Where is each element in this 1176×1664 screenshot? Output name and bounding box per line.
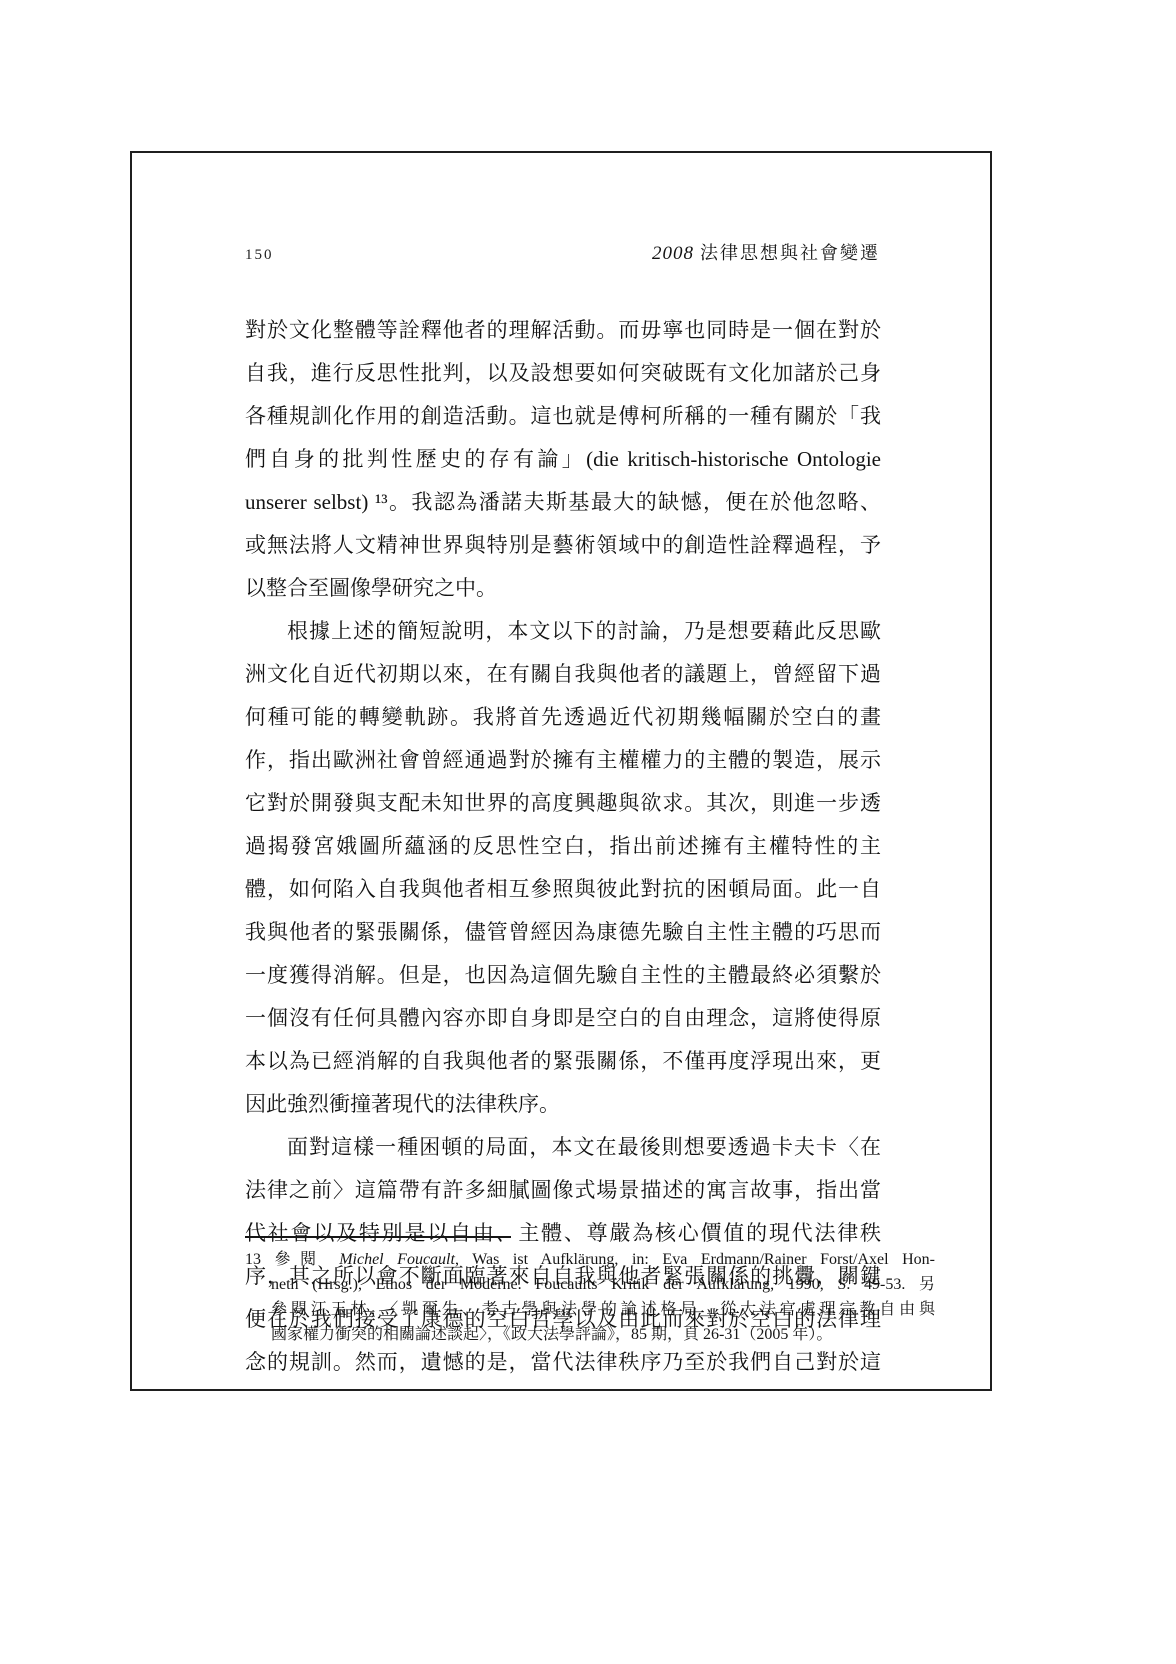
text-line: 們自身的批判性歷史的存有論」(die kritisch-historische … bbox=[245, 438, 881, 481]
text-line: unserer selbst) ¹³。我認為潘諾夫斯基最大的缺憾，便在於他忽略、 bbox=[245, 481, 881, 524]
text-line: 洲文化自近代初期以來，在有關自我與他者的議題上，曾經留下過 bbox=[245, 653, 881, 696]
text-line: 法律之前〉這篇帶有許多細膩圖像式場景描述的寓言故事，指出當 bbox=[245, 1169, 881, 1212]
scanned-page: 150 2008法律思想與社會變遷 對於文化整體等詮釋他者的理解活動。而毋寧也同… bbox=[0, 0, 1176, 1664]
text-line: 以整合至圖像學研究之中。 bbox=[245, 567, 881, 610]
footnote: 13 參閱 Michel Foucault, Was ist Aufklärun… bbox=[245, 1247, 935, 1347]
text-line: 它對於開發與支配未知世界的高度興趣與欲求。其次，則進一步透 bbox=[245, 782, 881, 825]
page-frame: 150 2008法律思想與社會變遷 對於文化整體等詮釋他者的理解活動。而毋寧也同… bbox=[130, 151, 992, 1391]
page-header: 150 2008法律思想與社會變遷 bbox=[245, 239, 880, 265]
text-line: 參閱江玉林，〈凱爾生、考古學與法學的論述格局＿從大法官處理宗教自由與 bbox=[271, 1297, 935, 1322]
text-line: 根據上述的簡短說明，本文以下的討論，乃是想要藉此反思歐 bbox=[245, 610, 881, 653]
text-line: 自我，進行反思性批判，以及設想要如何突破既有文化加諸於己身 bbox=[245, 352, 881, 395]
text-line: 面對這樣一種困頓的局面，本文在最後則想要透過卡夫卡〈在 bbox=[245, 1126, 881, 1169]
text-line: 何種可能的轉變軌跡。我將首先透過近代初期幾幅關於空白的畫 bbox=[245, 696, 881, 739]
text-line: 體，如何陷入自我與他者相互參照與彼此對抗的困頓局面。此一自 bbox=[245, 868, 881, 911]
running-title: 2008法律思想與社會變遷 bbox=[652, 239, 880, 265]
page-number: 150 bbox=[245, 247, 274, 264]
text-line: 過揭發宮娥圖所蘊涵的反思性空白，指出前述擁有主權特性的主 bbox=[245, 825, 881, 868]
running-title-text: 法律思想與社會變遷 bbox=[700, 243, 880, 263]
text-line: 一個沒有任何具體內容亦即自身即是空白的自由理念，這將使得原 bbox=[245, 997, 881, 1040]
text-line: 各種規訓化作用的創造活動。這也就是傅柯所稱的一種有關於「我 bbox=[245, 395, 881, 438]
text-segment: , Was ist Aufklärung, in: Eva Erdmann/Ra… bbox=[455, 1251, 935, 1268]
text-line: 我與他者的緊張關係，儘管曾經因為康德先驗自主性主體的巧思而 bbox=[245, 911, 881, 954]
text-line: 作，指出歐洲社會曾經通過對於擁有主權權力的主體的製造，展示 bbox=[245, 739, 881, 782]
text-line: 或無法將人文精神世界與特別是藝術領域中的創造性詮釋過程，予 bbox=[245, 524, 881, 567]
text-line: 國家權力衝突的相關論述談起〉，《政大法學評論》，85 期，頁 26-31（200… bbox=[271, 1322, 935, 1347]
text-segment: 13 bbox=[245, 1251, 275, 1268]
body-text: 對於文化整體等詮釋他者的理解活動。而毋寧也同時是一個在對於自我，進行反思性批判，… bbox=[245, 309, 881, 1384]
text-line: 對於文化整體等詮釋他者的理解活動。而毋寧也同時是一個在對於 bbox=[245, 309, 881, 352]
text-segment: 參閱 bbox=[275, 1251, 340, 1268]
footnote-rule bbox=[245, 1236, 511, 1238]
text-line: 念的規訓。然而，遺憾的是，當代法律秩序乃至於我們自己對於這 bbox=[245, 1341, 881, 1384]
paragraph: 根據上述的簡短說明，本文以下的討論，乃是想要藉此反思歐洲文化自近代初期以來，在有… bbox=[245, 610, 881, 1126]
paragraph: 對於文化整體等詮釋他者的理解活動。而毋寧也同時是一個在對於自我，進行反思性批判，… bbox=[245, 309, 881, 610]
text-line: 本以為已經消解的自我與他者的緊張關係，不僅再度浮現出來，更 bbox=[245, 1040, 881, 1083]
text-line: 13 參閱 Michel Foucault, Was ist Aufklärun… bbox=[245, 1247, 935, 1272]
text-line: neth (Hrsg.), Ethos der Moderne. Foucaul… bbox=[271, 1272, 935, 1297]
text-line: 一度獲得消解。但是，也因為這個先驗自主性的主體最終必須繫於 bbox=[245, 954, 881, 997]
italic-text: Michel Foucault bbox=[339, 1251, 455, 1268]
text-line: 因此強烈衝撞著現代的法律秩序。 bbox=[245, 1083, 881, 1126]
running-title-year: 2008 bbox=[652, 243, 694, 264]
